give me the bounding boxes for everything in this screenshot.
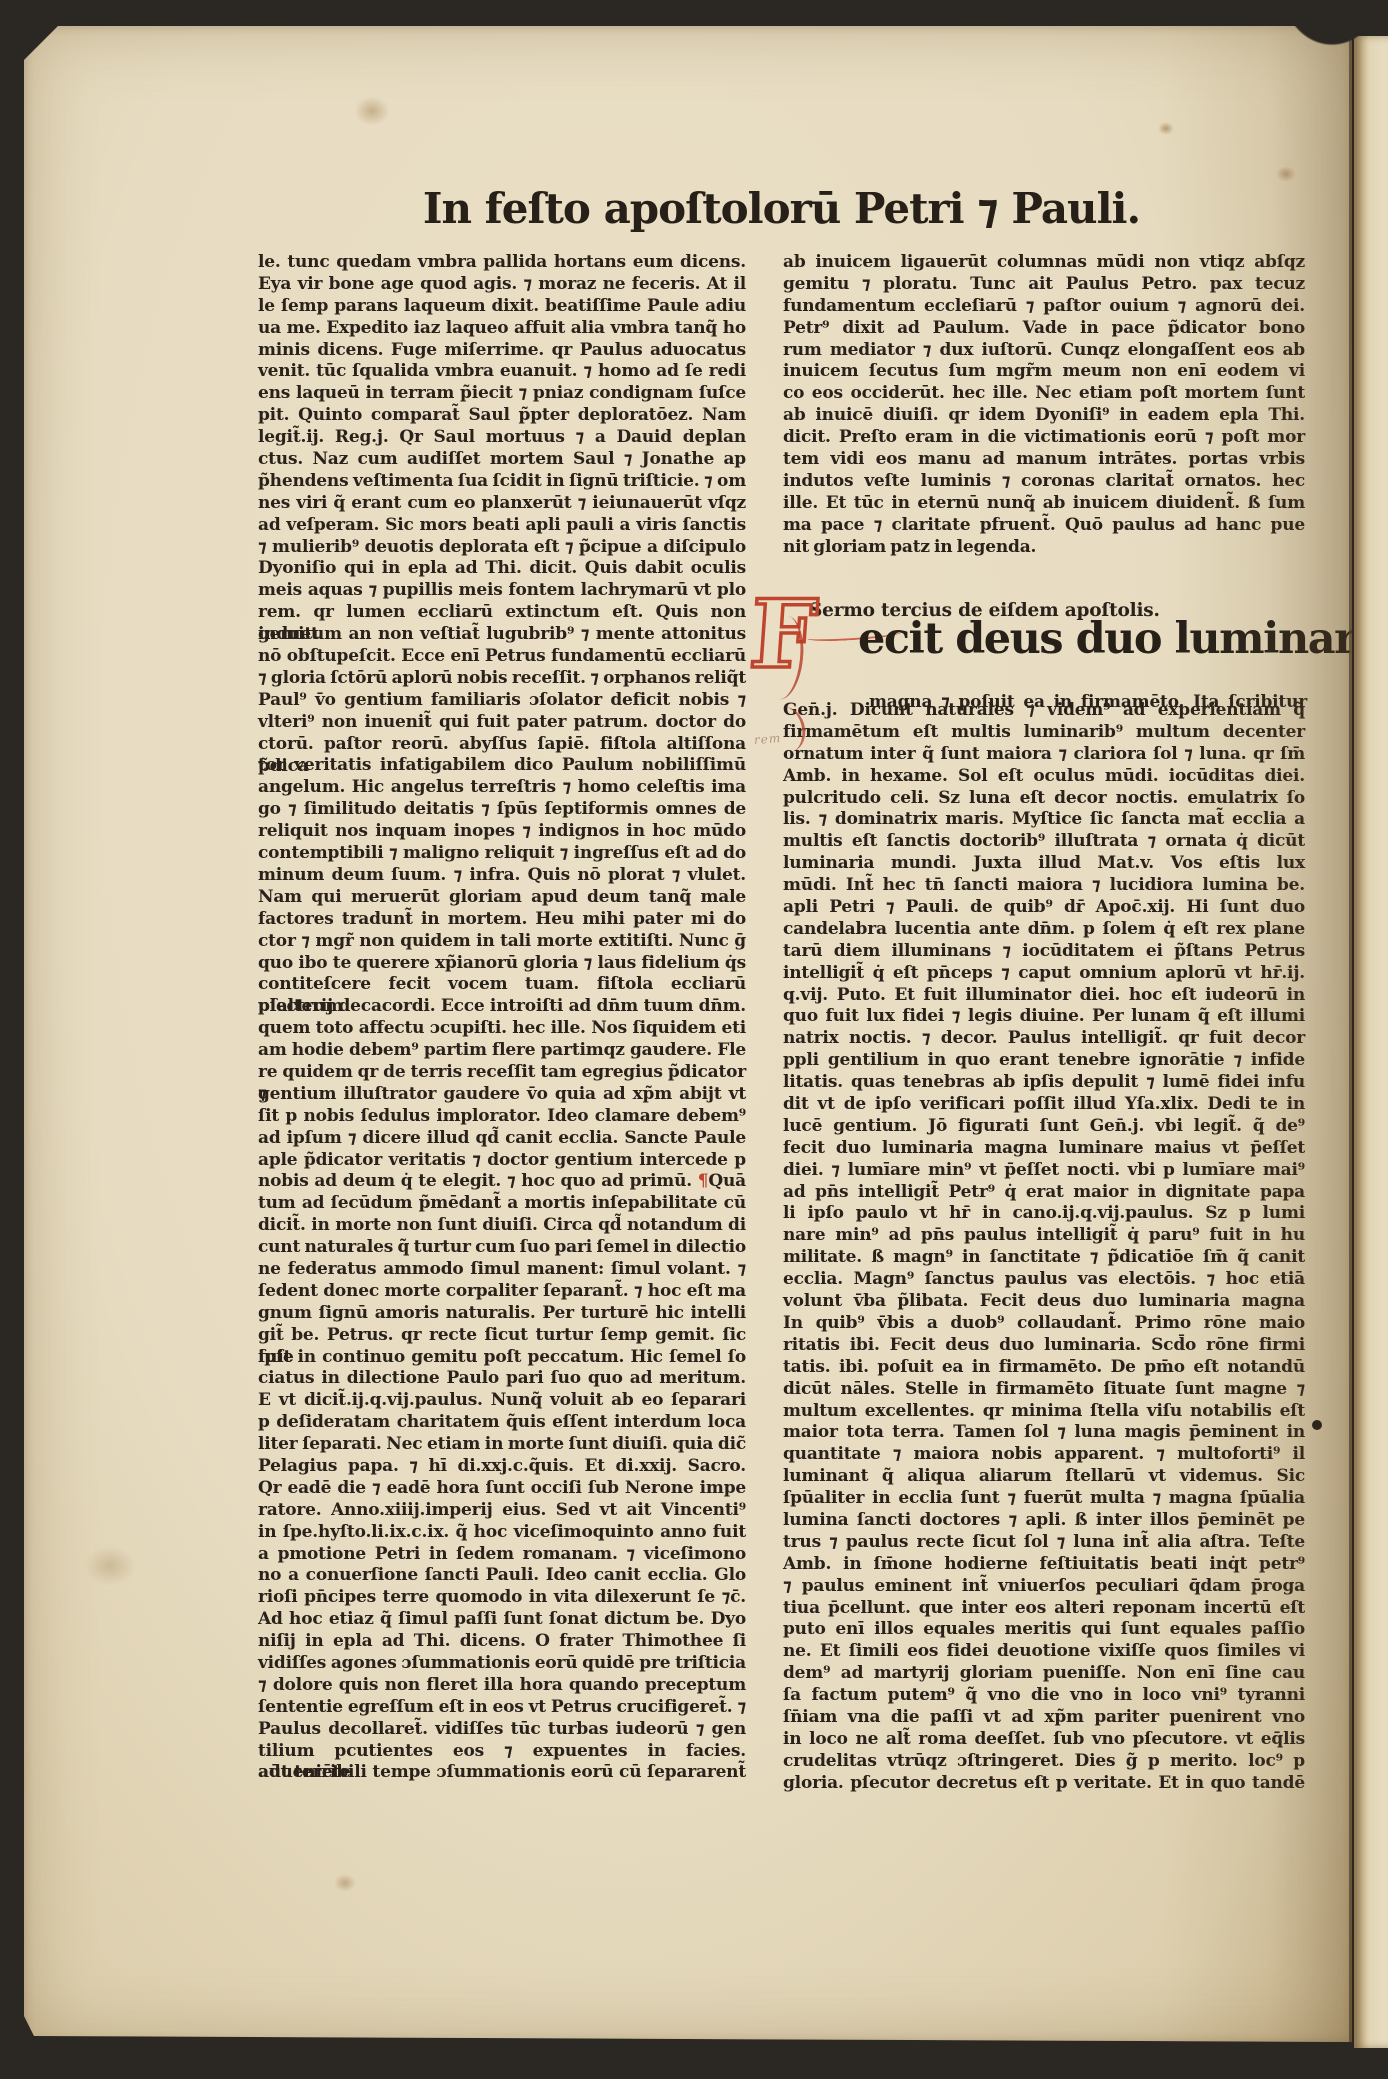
text-line: ⁊ mulierib⁹ deuotis deplorata eſt ⁊ p̃ci… (258, 537, 746, 559)
text-line: rem. qr lumen eccliarū extinctum eſt. Qu… (258, 602, 746, 624)
text-line: am hodie debem⁹ partim flere partimqz ga… (258, 1040, 746, 1062)
text-line: vlteri⁹ non inuenit̃ qui fuit pater patr… (258, 712, 746, 734)
text-line: E vt dicit̃.ij.q.vij.paulus. Nunq̃ volui… (258, 1390, 746, 1412)
text-line: a pmotione Petri in ſedem romanam. ⁊ vic… (258, 1544, 746, 1566)
text-line: re quidem qr de terris receſſit tam egre… (258, 1062, 746, 1084)
text-line: in ſpe.hyſto.li.ix.c.ix. q̃ hoc viceſimo… (258, 1522, 746, 1544)
text-line: gemitum an non veſtiat̃ lugubrib⁹ ⁊ ment… (258, 624, 746, 646)
paper-stain (354, 96, 390, 126)
text-line: go ⁊ ſimilitudo deitatis ⁊ ſpūs ſeptifor… (258, 799, 746, 821)
text-line: ſententie egreſſum eſt in eos vt Petrus … (258, 1697, 746, 1719)
text-line: contiteſcere fecit vocem tuam. fiſtola e… (258, 974, 746, 996)
text-line: p deſideratam charitatem q̃uis eſſent in… (258, 1412, 746, 1434)
text-line: ctorū. paſtor reorū. abyſſus ſapiē. fiſt… (258, 734, 746, 756)
text-line: minum deum ſuum. ⁊ infra. Quis nō plorat… (258, 865, 746, 887)
paper-stain (84, 1546, 136, 1586)
text-line: p̃hendens veſtimenta ſua ſcidit in ſignū… (258, 471, 746, 493)
book-page: In feſto apoſtolorū Petri ⁊ Pauli. le. t… (24, 26, 1352, 2042)
page-title: In feſto apoſtolorū Petri ⁊ Pauli. (254, 184, 1309, 233)
text-line: contemptibili ⁊ maligno reliquit ⁊ ingre… (258, 843, 746, 865)
text-line: fuit in continuo gemitu poſt peccatum. H… (258, 1347, 746, 1369)
text-line: minis dicens. Fuge miſerrime. qr Paulus … (258, 340, 746, 362)
text-line: factores tradunt̃ in mortem. Heu mihi pa… (258, 909, 746, 931)
text-line: aūt terribili tempe ɔſummationis eorū cū… (258, 1762, 746, 1784)
text-line: ens laqueū in terram p̃iecit ⁊ pniaz con… (258, 383, 746, 405)
text-line: ⁊ dolore quis non fleret illa hora quand… (258, 1675, 746, 1697)
text-line: Pelagius papa. ⁊ hī di.xxj.c.q̃uis. Et d… (258, 1456, 746, 1478)
text-line: ctus. Naz cum audiſſet mortem Saul ⁊ Jon… (258, 449, 746, 471)
binding-shadow (1272, 0, 1388, 56)
text-line: legit̃.ij. Reg.j. Qr Saul mortuus ⁊ a Da… (258, 427, 746, 449)
text-line: pit. Quinto comparat̃ Saul p̃pter deplor… (258, 405, 746, 427)
paper-stain (334, 1874, 356, 1892)
text-line: aple p̃dicator veritatis ⁊ doctor gentiu… (258, 1150, 746, 1172)
facing-page-edge (1354, 36, 1388, 2048)
text-line: dicit̃. in morte non ſunt diuiſi. Circa … (258, 1215, 746, 1237)
text-line: angelum. Hic angelus terreſtris ⁊ homo c… (258, 777, 746, 799)
text-line: rioſi pn̄cipes terre quomodo in vita dil… (258, 1587, 746, 1609)
text-line: le ſemp parans laqueum dixit. beatiſſime… (258, 296, 746, 318)
text-line: cunt naturales q̃ turtur cum ſuo pari ſe… (258, 1237, 746, 1259)
text-line: ne federatus ammodo ſimul manent: ſimul … (258, 1259, 746, 1281)
photograph-backdrop: { "palette":{ "backdrop":"#2b2824","pape… (0, 0, 1388, 2079)
text-line: nobis ad deum q̇ te elegit. ⁊ hoc quo ad… (258, 1171, 746, 1193)
text-line: ſit p nobis ſedulus implorator. Ideo cla… (258, 1106, 746, 1128)
text-line: nes viri q̃ erant cum eo planxerūt ⁊ iei… (258, 493, 746, 515)
text-line: ratore. Anno.xiiij.imperij eius. Sed vt … (258, 1500, 746, 1522)
text-line: ad veſperam. Sic mors beati apli pauli a… (258, 515, 746, 537)
gutter-shadow (1162, 26, 1352, 2042)
text-line: ſedent donec morte corpaliter ſeparant̃.… (258, 1281, 746, 1303)
text-line: tilium pcutientes eos ⁊ expuentes in fac… (258, 1741, 746, 1763)
gutter-crease (1349, 26, 1352, 2042)
text-line: le. tunc quedam vmbra pallida hortans eu… (258, 252, 746, 274)
text-line: Nam qui meruerūt gloriam apud deum tanq̃… (258, 887, 746, 909)
text-line: liter ſeparati. Nec etiam in morte ſunt … (258, 1434, 746, 1456)
text-line: gentium illuſtrator gaudere v̄o quia ad … (258, 1084, 746, 1106)
text-line: ciatus in dilectione Paulo pari ſuo quo … (258, 1368, 746, 1390)
text-line: quem toto affectu ɔcupiſti. hec ille. No… (258, 1018, 746, 1040)
text-line: tum ad ſecūdum p̃mēdant̃ a mortis inſepa… (258, 1193, 746, 1215)
text-line: no a conuerſione ſancti Pauli. Ideo cani… (258, 1565, 746, 1587)
text-line: gnum ſignū amoris naturalis. Per turturē… (258, 1303, 746, 1325)
text-line: reliquit nos inquam inopes ⁊ indignos in… (258, 821, 746, 843)
text-line: Dyoniſio qui in epla ad Thi. dicit. Quis… (258, 558, 746, 580)
text-line: quo ibo te querere xp̃ianorū gloria ⁊ la… (258, 953, 746, 975)
text-line: Paulus decollaret̃. vidiſſes tūc turbas … (258, 1719, 746, 1741)
text-line: Eya vir bone age quod agis. ⁊ moraz ne f… (258, 274, 746, 296)
text-line: ua me. Expedito iaz laqueo affuit alia v… (258, 318, 746, 340)
text-line: tor veritatis infatigabilem dico Paulum … (258, 755, 746, 777)
text-line: meis aquas ⁊ pupillis meis fontem lachry… (258, 580, 746, 602)
text-line: ad ipſum ⁊ dicere illud qd̃ canit ecclia… (258, 1128, 746, 1150)
text-line: ⁊ gloria ſctōrū aplorū nobis receſſit. ⁊… (258, 668, 746, 690)
text-line: Paul⁹ v̄o gentium familiaris ɔſolator de… (258, 690, 746, 712)
text-line: vidiſſes agones ɔſummationis eorū quidē … (258, 1653, 746, 1675)
text-line: Ad hoc etiaz q̃ ſimul paſſi ſunt ſonat d… (258, 1609, 746, 1631)
text-line: venit. tūc ſqualida vmbra euanuit. ⁊ hom… (258, 361, 746, 383)
text-line: Qr eadē die ⁊ eadē hora ſunt occiſi ſub … (258, 1478, 746, 1500)
text-line: ctor ⁊ mgr̃ non quidem in tali morte ext… (258, 931, 746, 953)
text-line: pſalterij decacordi. Ecce introiſti ad d… (258, 996, 746, 1018)
text-column-left: le. tunc quedam vmbra pallida hortans eu… (258, 252, 746, 1784)
text-line: nō obſtupeſcit. Ecce enī Petrus fundamen… (258, 646, 746, 668)
text-line: niſij in epla ad Thi. dicens. O frater T… (258, 1631, 746, 1653)
text-line: git̃ be. Petrus. qr recte ſicut turtur ſ… (258, 1325, 746, 1347)
